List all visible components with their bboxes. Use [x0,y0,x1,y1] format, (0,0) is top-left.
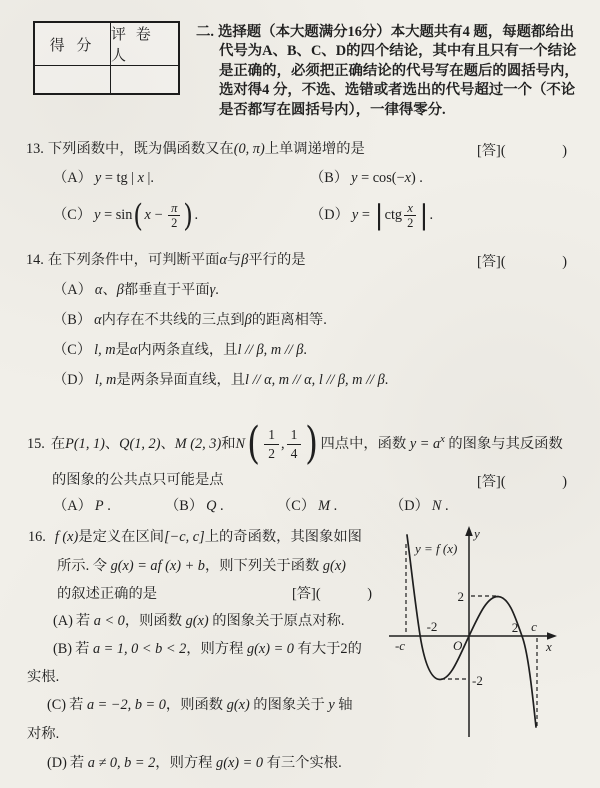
option-14-c: （C）l, m是α内两条直线，且l // β, m // β. [53,340,307,360]
grader-cell-empty [111,66,178,93]
score-table-empty-row [35,66,178,93]
option-13-a: （A）y = tg | x |. [53,168,154,188]
question-16-stem-line3: 的叙述正确的是 [57,584,157,604]
answer-slot-14: [答]() [477,252,567,272]
answer-slot-15: [答]() [477,472,567,492]
instruction-line: 代号为A、B、C、D的四个结论，其中有且只有一个结论 [196,42,594,61]
option-16-c-cont: 对称. [27,724,59,744]
fraction-1-over-4: 14 [287,426,302,462]
option-16-c: (C)若 a = −2, b = 0，则函数 g(x) 的图象关于 y 轴 [47,695,353,715]
figure-graph: y = f (x) y x O 2 -2 -2 2 c -c [383,521,563,743]
question-14-stem: 14.在下列条件中，可判断平面α与β平行的是 [26,250,306,270]
answer-bracket-open: [答]( [477,252,506,272]
answer-bracket-close: ) [562,472,567,492]
option-16-b: (B)若 a = 1, 0 < b < 2，则方程 g(x) = 0 有大于2的 [53,639,362,659]
score-table-header-row: 得 分 评 卷 人 [35,23,178,66]
answer-bracket-open: [答]( [477,472,506,492]
tick-label-neg-c: -c [395,638,405,653]
option-14-d: （D）l, m是两条异面直线，且l // α, m // α, l // β, … [53,370,388,390]
question-number: 16. [28,529,46,545]
answer-bracket-close: ) [367,584,372,604]
score-table: 得 分 评 卷 人 [33,21,180,95]
y-axis-label: y [472,526,480,541]
option-14-a: （A）α、β都垂直于平面γ. [53,280,219,300]
grader-cell-label: 评 卷 人 [111,23,178,65]
fraction-pi-over-2: π2 [168,201,180,230]
question-number: 14. [26,252,44,268]
question-15-stem-line2: 的图象的公共点只可能是点 [52,470,224,490]
fraction-x-over-2: x2 [404,201,416,230]
option-16-b-cont: 实根. [27,667,59,687]
option-13-d: （D）y = |ctgx2|. [310,193,433,237]
answer-bracket-close: ) [562,141,567,161]
tick-label-yneg2: -2 [472,673,483,688]
option-14-b: （B）α内存在不共线的三点到β的距离相等. [53,310,327,330]
origin-label: O [453,638,463,653]
section-number: 二. [196,24,214,40]
option-15-a: （A）P . [53,496,111,516]
option-13-b: （B）y = cos(−x) . [310,168,423,188]
answer-bracket-open: [答]( [292,584,321,604]
option-15-d: （D）N . [390,496,449,516]
fraction-1-over-2: 12 [264,426,279,462]
answer-bracket-open: [答]( [477,141,506,161]
instruction-line: 二.选择题（本大题满分16分）本大题共有4 题，每题都给出 [196,23,594,42]
option-16-a: (A)若 a < 0，则函数 g(x) 的图象关于原点对称. [53,611,344,631]
tick-label-xneg2: -2 [427,619,438,634]
score-cell-empty [35,66,111,93]
instruction-line: 是否都写在圆括号内），一律得零分. [196,101,594,120]
option-16-d: (D)若 a ≠ 0, b = 2，则方程 g(x) = 0 有三个实根. [47,753,342,773]
instruction-line: 是正确的，必须把正确结论的代号写在题后的圆括号内， [196,62,594,81]
tick-label-y2: 2 [458,589,465,604]
answer-slot-16: [答]() [292,584,372,604]
tick-label-c: c [531,619,537,634]
score-cell-label: 得 分 [35,23,111,65]
y-axis-arrow-icon [465,526,473,536]
option-15-c: （C）M . [277,496,337,516]
section-instructions: 二.选择题（本大题满分16分）本大题共有4 题，每题都给出 代号为A、B、C、D… [196,23,594,120]
instruction-line: 选对得4 分，不选、选错或者选出的代号超过一个（不论 [196,81,594,100]
question-15-stem: 15.在P(1, 1)、Q(1, 2)、M (2, 3)和N(12,14)四点中… [27,416,563,468]
question-16-stem-line1: 16.f (x)是定义在区间[−c, c]上的奇函数，其图象如图 [28,527,362,547]
question-16-stem-line2: 所示. 令 g(x) = af (x) + b，则下列关于函数 g(x) [57,556,346,576]
option-15-b: （B）Q . [165,496,224,516]
x-axis-label: x [545,639,552,654]
exam-page: 得 分 评 卷 人 二.选择题（本大题满分16分）本大题共有4 题，每题都给出 … [0,0,600,788]
tick-label-x2: 2 [512,620,519,635]
answer-slot-13: [答]() [477,141,567,161]
question-13-stem: 13.下列函数中，既为偶函数又在(0, π)上单调递增的是 [26,139,365,159]
question-number: 15. [27,436,45,452]
graph-curve-label: y = f (x) [413,541,457,556]
answer-bracket-close: ) [562,252,567,272]
question-number: 13. [26,141,44,157]
option-13-c: （C）y = sin(x − π2). [53,193,198,237]
